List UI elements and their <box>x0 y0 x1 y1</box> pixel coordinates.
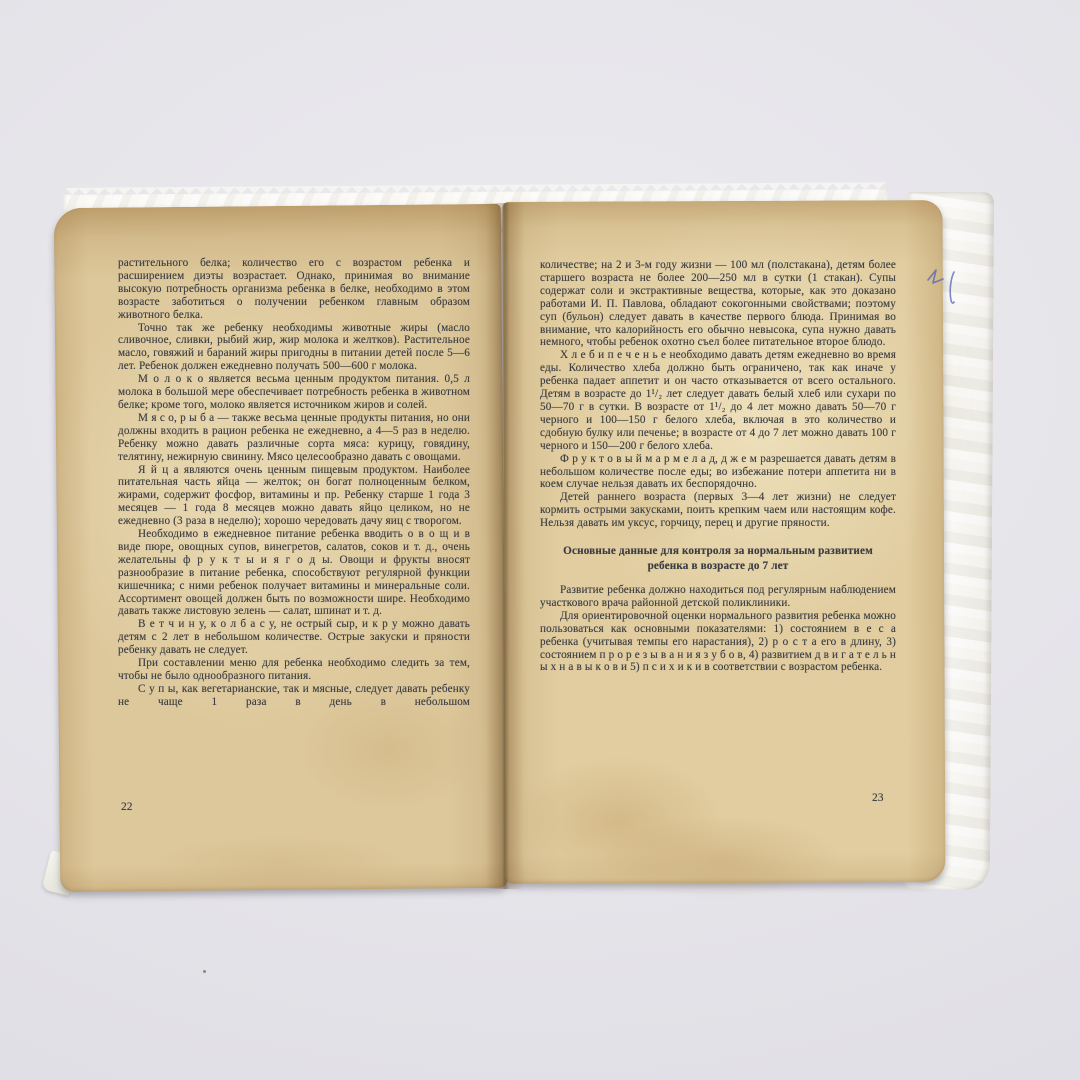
body-paragraph: Точно так же ребенку необходимы животные… <box>118 322 470 374</box>
blue-ink-mark <box>924 264 966 310</box>
body-paragraph: Развитие ребенка должно находиться под р… <box>540 584 896 610</box>
body-paragraph: Я й ц а являются очень ценным пищевым пр… <box>118 464 470 529</box>
body-paragraph: М о л о к о является весьма ценным проду… <box>118 373 470 412</box>
dust-speck <box>203 970 206 973</box>
body-paragraph: Для ориентировочной оценки нормального р… <box>540 610 896 675</box>
page-left-text-column: растительного белка; количество его с во… <box>118 257 470 709</box>
body-paragraph: количестве; на 2 и 3-м году жизни — 100 … <box>540 259 896 349</box>
body-paragraph: Детей раннего возраста (первых 3—4 лет ж… <box>540 491 896 530</box>
body-paragraph: Необходимо в ежедневное питание ребенка … <box>118 528 470 618</box>
body-paragraph: М я с о, р ы б а — также весьма ценные п… <box>118 412 470 464</box>
body-paragraph: растительного белка; количество его с во… <box>118 257 470 322</box>
body-paragraph: Х л е б и п е ч е н ь е необходимо дават… <box>540 349 896 452</box>
body-paragraph: В е т ч и н у, к о л б а с у, не острый … <box>118 618 470 657</box>
body-paragraph: Ф р у к т о в ы й м а р м е л а д, д ж е… <box>540 453 896 492</box>
page-right-text-column: количестве; на 2 и 3-м году жизни — 100 … <box>540 259 896 674</box>
body-paragraph: При составлении меню для ребенка необход… <box>118 657 470 683</box>
page-number-left: 22 <box>121 801 133 813</box>
section-heading: Основные данные для контроля за нормальн… <box>540 544 896 573</box>
body-paragraph: С у п ы, как вегетарианские, так и мясны… <box>118 683 470 709</box>
page-number-right: 23 <box>872 792 884 804</box>
photo-backdrop: растительного белка; количество его с во… <box>0 0 1080 1080</box>
